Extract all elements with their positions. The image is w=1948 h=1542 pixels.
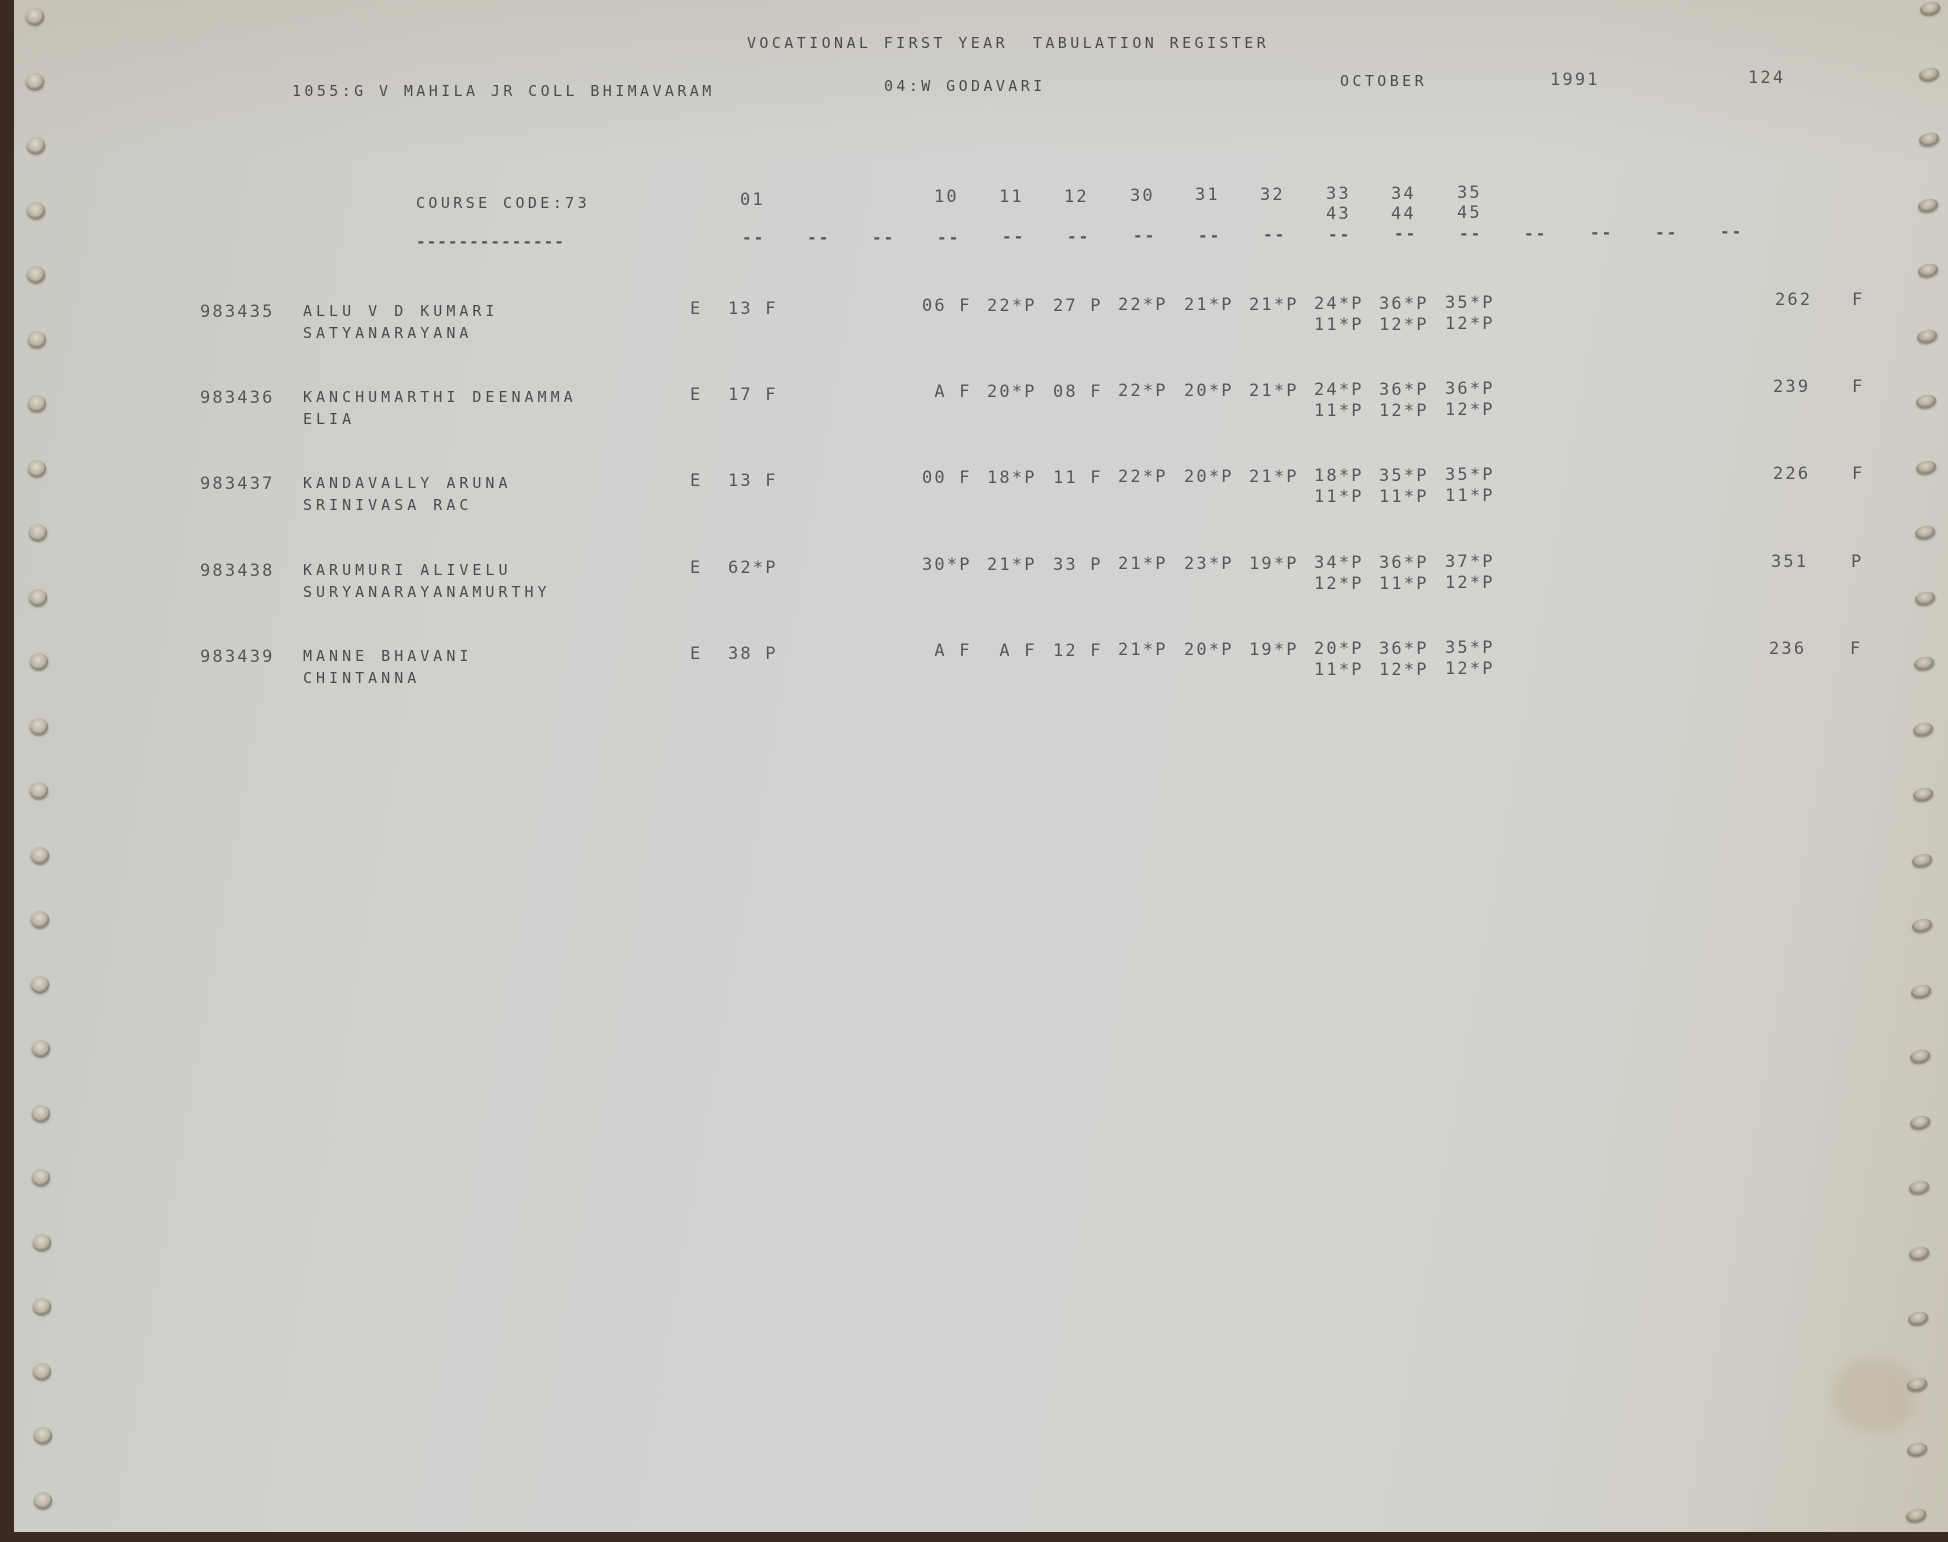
feed-hole-icon (1913, 655, 1935, 671)
total-marks: 262 (1775, 290, 1812, 310)
subject-mark: 21*P (1118, 554, 1168, 574)
feed-hole-icon (1910, 983, 1932, 999)
feed-hole-icon (27, 202, 45, 218)
column-underline: -- (1394, 224, 1417, 243)
result-status: F (1852, 464, 1864, 484)
column-underline: -- (1720, 222, 1743, 241)
subject-mark-second: 11*P (1314, 315, 1364, 335)
total-marks: 239 (1773, 377, 1810, 397)
subject-mark: 19*P (1249, 640, 1299, 660)
feed-hole-icon (1912, 786, 1934, 802)
subject-mark: A F (922, 641, 972, 661)
subject-mark-second: 11*P (1445, 486, 1495, 506)
course-code-underline: -------------- (416, 232, 565, 251)
subject-code: 30 (1130, 186, 1155, 206)
subject-mark: 37*P (1445, 552, 1495, 572)
feed-hole-icon (32, 1169, 50, 1185)
student-name: KARUMURI ALIVELU (303, 561, 512, 579)
subject-mark: 20*P (1314, 639, 1364, 659)
medium: E (690, 644, 702, 664)
feed-hole-icon (30, 782, 48, 798)
medium: E (690, 299, 702, 319)
subject-mark-second: 12*P (1314, 574, 1364, 594)
subject-mark: 34*P (1314, 553, 1364, 573)
student-name: KANCHUMARTHI DEENAMMA (303, 388, 577, 406)
subject-code-second: 44 (1391, 204, 1416, 224)
parent-name: SATYANARAYANA (303, 324, 472, 342)
subject-mark: 36*P (1379, 380, 1429, 400)
subject-mark: 22*P (1118, 381, 1168, 401)
subject-mark: 35*P (1445, 638, 1495, 658)
subject-mark: 20*P (987, 382, 1037, 402)
column-underline: -- (937, 228, 960, 247)
feed-hole-icon (31, 911, 49, 927)
subject-mark: 21*P (1249, 381, 1299, 401)
feed-hole-icon (1915, 459, 1937, 475)
subject-code-second: 45 (1457, 203, 1482, 223)
subject-mark: 36*P (1379, 639, 1429, 659)
feed-hole-icon (32, 1040, 50, 1056)
subject-mark-second: 12*P (1445, 400, 1495, 420)
exam-month: OCTOBER (1340, 72, 1427, 90)
subject-mark: 11 F (1053, 468, 1103, 488)
subject-mark: 24*P (1314, 380, 1364, 400)
part1-marks: 13 F (728, 471, 778, 491)
subject-mark: 20*P (1184, 640, 1234, 660)
parent-name: SURYANARAYANAMURTHY (303, 583, 551, 601)
column-underline: -- (1263, 225, 1286, 244)
subject-mark: 23*P (1184, 554, 1234, 574)
column-underline: -- (1067, 227, 1090, 246)
feed-hole-icon (1914, 590, 1936, 606)
subject-mark: 21*P (1184, 295, 1234, 315)
subject-mark: 22*P (987, 296, 1037, 316)
subject-mark: 36*P (1379, 553, 1429, 573)
column-underline: -- (1655, 223, 1678, 242)
subject-mark: A F (922, 382, 972, 402)
student-name: MANNE BHAVANI (303, 647, 472, 665)
feed-hole-icon (33, 1234, 51, 1250)
subject-mark-second: 12*P (1445, 573, 1495, 593)
subject-mark: 35*P (1445, 293, 1495, 313)
feed-hole-icon (27, 137, 45, 153)
subject-mark: 12 F (1053, 641, 1103, 661)
course-code-label: COURSE CODE:73 (416, 194, 590, 212)
feed-hole-icon (1907, 1310, 1929, 1326)
subject-mark: 18*P (987, 468, 1037, 488)
subject-code: 12 (1064, 187, 1089, 207)
medium: E (690, 558, 702, 578)
feed-hole-icon (1917, 262, 1939, 278)
roll-number: 983437 (200, 474, 275, 494)
feed-hole-icon (28, 331, 46, 347)
total-marks: 226 (1773, 464, 1810, 484)
subject-mark-second: 12*P (1379, 401, 1429, 421)
feed-hole-icon (28, 460, 46, 476)
subject-mark: 00 F (922, 468, 972, 488)
subject-mark: 27 P (1053, 296, 1103, 316)
subject-mark: 19*P (1249, 554, 1299, 574)
subject-mark-second: 11*P (1379, 487, 1429, 507)
subject-mark: 22*P (1118, 295, 1168, 315)
roll-number: 983436 (200, 388, 275, 408)
subject-mark: 33 P (1053, 555, 1103, 575)
feed-hole-icon (34, 1427, 52, 1443)
part1-marks: 17 F (728, 385, 778, 405)
subject-mark-second: 12*P (1445, 659, 1495, 679)
district-name: 04:W GODAVARI (884, 77, 1046, 95)
feed-hole-icon (1911, 917, 1933, 933)
column-underline: -- (1524, 224, 1547, 243)
feed-hole-icon (26, 8, 44, 24)
medium: E (690, 385, 702, 405)
subject-code: 33 (1326, 184, 1351, 204)
result-status: P (1851, 552, 1863, 572)
column-underline: -- (807, 228, 830, 247)
part1-marks: 13 F (728, 299, 778, 319)
feed-hole-icon (31, 847, 49, 863)
feed-hole-icon (31, 976, 49, 992)
feed-hole-icon (29, 524, 47, 540)
part1-marks: 62*P (728, 558, 778, 578)
feed-hole-icon (1911, 852, 1933, 868)
feed-hole-icon (1909, 1048, 1931, 1064)
subject-mark-second: 12*P (1379, 315, 1429, 335)
subject-mark-second: 11*P (1314, 487, 1364, 507)
subject-code: 31 (1195, 185, 1220, 205)
subject-mark: 21*P (987, 555, 1037, 575)
subject-mark: 21*P (1249, 295, 1299, 315)
total-marks: 236 (1769, 639, 1806, 659)
column-underline: -- (1459, 224, 1482, 243)
feed-hole-icon (32, 1105, 50, 1121)
subject-mark: 24*P (1314, 294, 1364, 314)
feed-hole-icon (1916, 328, 1938, 344)
subject-code: 11 (999, 187, 1024, 207)
feed-hole-icon (26, 73, 44, 89)
feed-hole-icon (34, 1492, 52, 1508)
feed-hole-icon (1918, 131, 1940, 147)
feed-hole-icon (33, 1298, 51, 1314)
subject-mark: A F (987, 641, 1037, 661)
feed-hole-icon (1908, 1179, 1930, 1195)
total-marks: 351 (1771, 552, 1808, 572)
feed-hole-icon (30, 718, 48, 734)
feed-hole-icon (1912, 721, 1934, 737)
feed-hole-icon (1906, 1441, 1928, 1457)
subject-mark: 08 F (1053, 382, 1103, 402)
column-underline: -- (1133, 226, 1156, 245)
part1-marks: 38 P (728, 644, 778, 664)
roll-number: 983439 (200, 647, 275, 667)
subject-mark: 18*P (1314, 466, 1364, 486)
feed-hole-icon (28, 395, 46, 411)
feed-hole-icon (1919, 0, 1941, 16)
subject-mark: 20*P (1184, 381, 1234, 401)
paper-stain (1834, 1360, 1914, 1430)
subject-mark: 35*P (1379, 466, 1429, 486)
column-underline: -- (742, 228, 765, 247)
subject-mark: 36*P (1445, 379, 1495, 399)
column-underline: -- (1002, 227, 1025, 246)
subject-code: 01 (740, 190, 765, 210)
parent-name: SRINIVASA RAC (303, 496, 472, 514)
feed-hole-icon (1918, 66, 1940, 82)
page-number: 124 (1748, 68, 1785, 88)
feed-hole-icon (1915, 393, 1937, 409)
result-status: F (1852, 290, 1864, 310)
subject-code: 10 (934, 187, 959, 207)
column-underline: -- (872, 228, 895, 247)
college-name: 1055:G V MAHILA JR COLL BHIMAVARAM (292, 82, 715, 100)
subject-code-second: 43 (1326, 204, 1351, 224)
student-name: KANDAVALLY ARUNA (303, 474, 512, 492)
register-title: VOCATIONAL FIRST YEAR TABULATION REGISTE… (747, 34, 1269, 52)
subject-code: 35 (1457, 183, 1482, 203)
feed-hole-icon (1917, 197, 1939, 213)
subject-mark: 35*P (1445, 465, 1495, 485)
subject-mark: 36*P (1379, 294, 1429, 314)
exam-year: 1991 (1550, 70, 1600, 90)
subject-mark-second: 11*P (1379, 574, 1429, 594)
subject-mark: 20*P (1184, 467, 1234, 487)
feed-hole-icon (29, 589, 47, 605)
subject-mark: 06 F (922, 296, 972, 316)
subject-mark-second: 12*P (1379, 660, 1429, 680)
feed-hole-icon (30, 653, 48, 669)
parent-name: CHINTANNA (303, 669, 420, 687)
roll-number: 983438 (200, 561, 275, 581)
subject-code: 32 (1260, 185, 1285, 205)
subject-mark-second: 11*P (1314, 401, 1364, 421)
subject-mark: 21*P (1249, 467, 1299, 487)
feed-hole-icon (1908, 1245, 1930, 1261)
subject-mark: 21*P (1118, 640, 1168, 660)
student-name: ALLU V D KUMARI (303, 302, 498, 320)
feed-hole-icon (27, 266, 45, 282)
feed-hole-icon (1909, 1114, 1931, 1130)
result-status: F (1850, 639, 1862, 659)
result-status: F (1852, 377, 1864, 397)
roll-number: 983435 (200, 302, 275, 322)
column-underline: -- (1198, 226, 1221, 245)
feed-hole-icon (1905, 1507, 1927, 1523)
subject-mark: 22*P (1118, 467, 1168, 487)
feed-hole-icon (1914, 524, 1936, 540)
medium: E (690, 471, 702, 491)
parent-name: ELIA (303, 410, 355, 428)
subject-mark: 30*P (922, 555, 972, 575)
subject-code: 34 (1391, 184, 1416, 204)
subject-mark-second: 12*P (1445, 314, 1495, 334)
column-underline: -- (1328, 225, 1351, 244)
column-underline: -- (1590, 223, 1613, 242)
printout-page: VOCATIONAL FIRST YEAR TABULATION REGISTE… (14, 0, 1948, 1532)
subject-mark-second: 11*P (1314, 660, 1364, 680)
feed-hole-icon (33, 1363, 51, 1379)
